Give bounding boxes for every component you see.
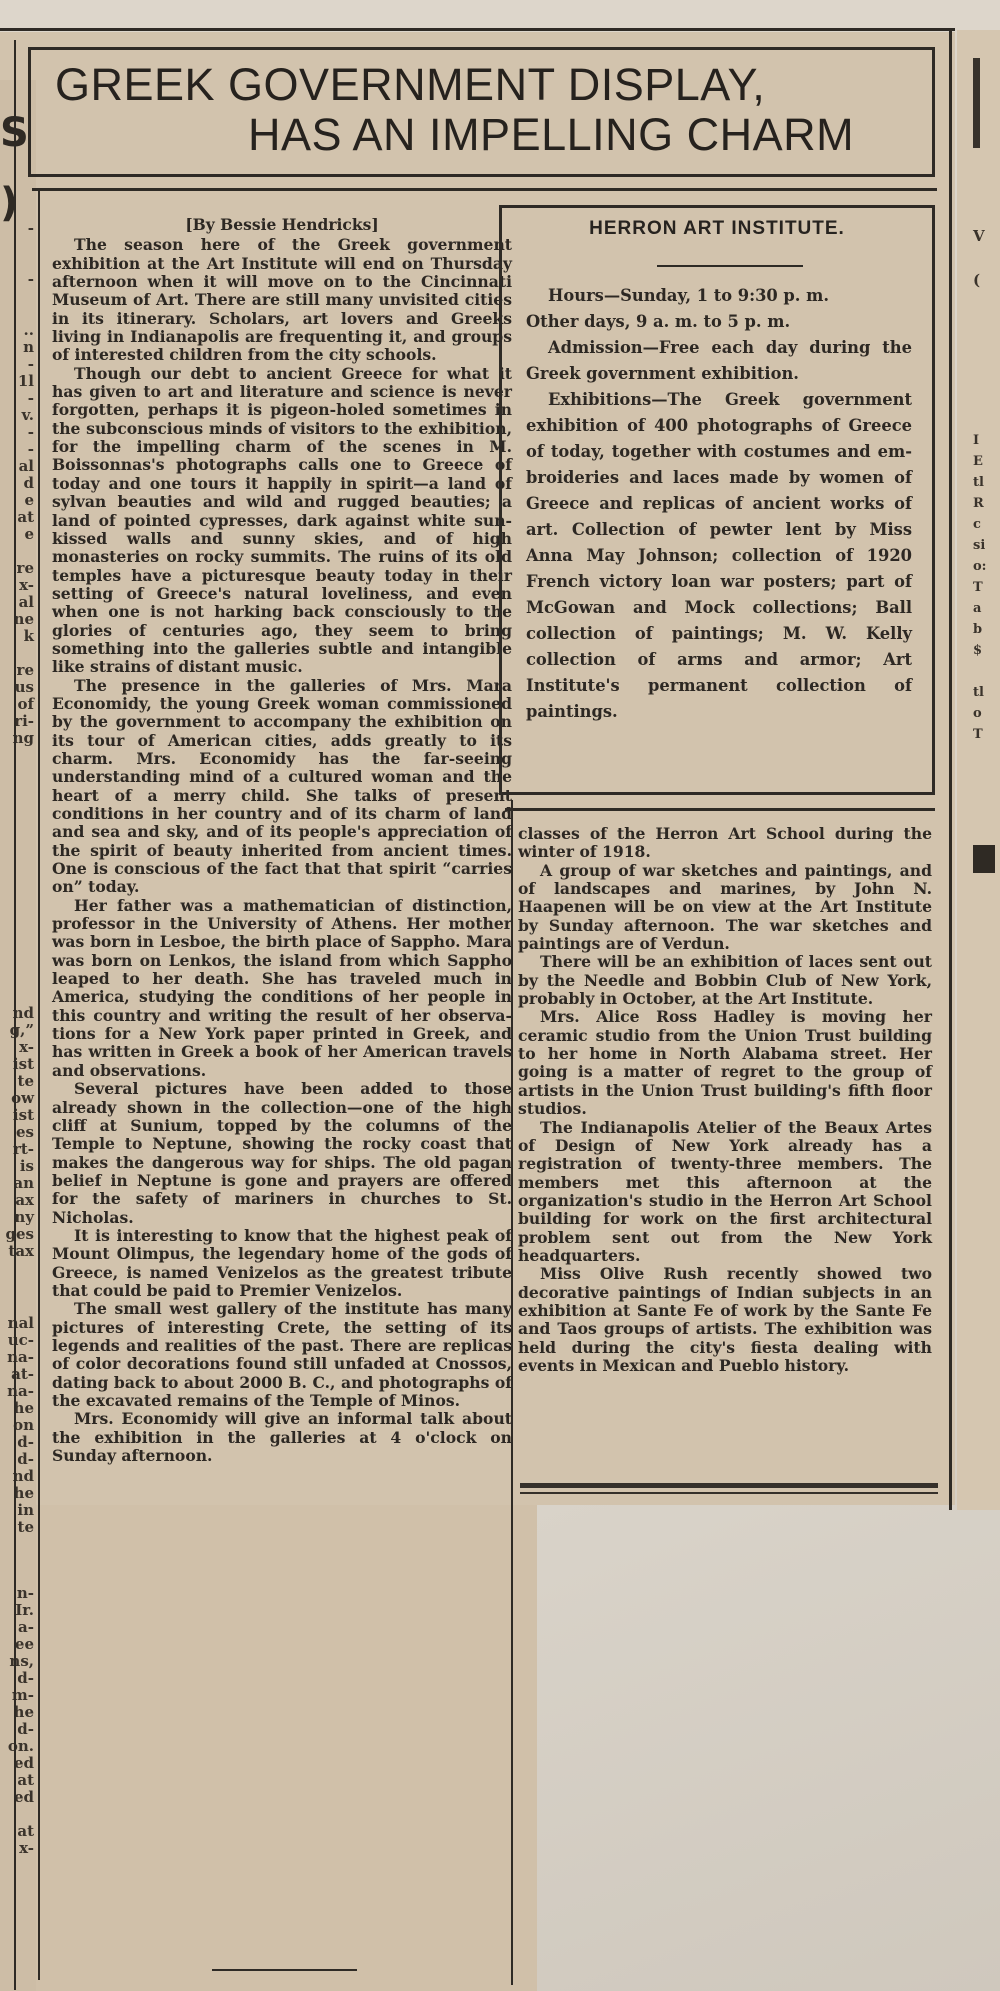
headline-line-1: GREEK GOVERNMENT DISPLAY, [31, 60, 932, 110]
article-column: [By Bessie Hendricks] The season here of… [52, 216, 512, 1465]
headline-bottom-rule [32, 188, 937, 191]
info-hours-other: Other days, 9 a. m. to 5 p. m. [526, 309, 912, 335]
blank-paper-area [537, 1505, 1000, 1991]
left-fragment-bottom: n- Ir. a- ee ns, d- m- he d- on. ed at e… [8, 1585, 34, 1857]
notes-paragraph: classes of the Herron Art School dur­ing… [518, 825, 932, 862]
notes-paragraph: Mrs. Alice Ross Hadley is moving her cer… [518, 1008, 932, 1118]
info-title-rule [657, 265, 803, 267]
top-rule [0, 28, 955, 31]
fragment-heading-bar [973, 58, 980, 148]
article-paragraph: Her father was a mathematician of distin… [52, 897, 512, 1080]
neighbor-column-left: S ) - - .. n - 1l - v. - - al d e at e r… [0, 80, 36, 1991]
info-box-body: Hours—Sunday, 1 to 9:30 p. m. Other days… [526, 283, 912, 725]
notes-end-rule-thin [520, 1492, 938, 1494]
byline: [By Bessie Hendricks] [52, 216, 512, 234]
notes-paragraph: The Indianapolis Atelier of the Beaux Ar… [518, 1119, 932, 1266]
article-end-rule [212, 1969, 357, 1971]
info-box-bottom-rule [505, 808, 935, 811]
herron-info-box: HERRON ART INSTITUTE. Hours—Sunday, 1 to… [499, 205, 935, 795]
headline: GREEK GOVERNMENT DISPLAY, HAS AN IMPELLI… [31, 60, 932, 160]
notes-paragraph: There will be an exhibition of laces sen… [518, 953, 932, 1008]
article-paragraph: The presence in the galleries of Mrs. Ma… [52, 677, 512, 897]
info-exhibitions: Exhibitions—The Greek gov­ernment exhibi… [526, 387, 912, 725]
headline-box: GREEK GOVERNMENT DISPLAY, HAS AN IMPELLI… [28, 47, 935, 177]
headline-line-2: HAS AN IMPELLING CHARM [31, 110, 932, 160]
article-paragraph: Though our debt to ancient Greece for wh… [52, 365, 512, 677]
notes-paragraph: A group of war sketches and paint­ings, … [518, 862, 932, 954]
fragment-block [973, 845, 995, 873]
info-admission: Admission—Free each day dur­ing the Gree… [526, 335, 912, 387]
article-paragraph: The small west gallery of the insti­tute… [52, 1300, 512, 1410]
info-hours: Hours—Sunday, 1 to 9:30 p. m. [526, 283, 912, 309]
article-paragraph: Several pictures have been added to thos… [52, 1080, 512, 1227]
right-fragment-list: I E tl R c si o: T a b $ tl o T [973, 430, 986, 745]
left-fragment-lower: nal uc- na- at- na- he on d- d- nd he in… [7, 1315, 34, 1536]
column-rule-right [949, 30, 952, 1510]
notes-column: classes of the Herron Art School dur­ing… [518, 825, 932, 1375]
right-fragment-top: V ( [973, 225, 985, 291]
article-paragraph: The season here of the Greek gov­ernment… [52, 236, 512, 364]
left-fragment-middle: nd g,” x- ist te ow ist es rt- is an ax … [6, 1005, 34, 1260]
article-paragraph: It is interesting to know that the highe… [52, 1227, 512, 1300]
notes-paragraph: Miss Olive Rush recently showed two deco… [518, 1265, 932, 1375]
info-box-title: HERRON ART INSTITUTE. [502, 218, 932, 240]
notes-end-rule-thick [520, 1483, 938, 1488]
neighbor-column-right: V ( I E tl R c si o: T a b $ tl o T [957, 30, 1000, 1510]
clipping-lower-left [0, 1505, 537, 1991]
column-rule-left [38, 190, 40, 1980]
article-paragraph: Mrs. Economidy will give an infor­mal ta… [52, 1410, 512, 1465]
column-rule-far-left [14, 40, 16, 1990]
